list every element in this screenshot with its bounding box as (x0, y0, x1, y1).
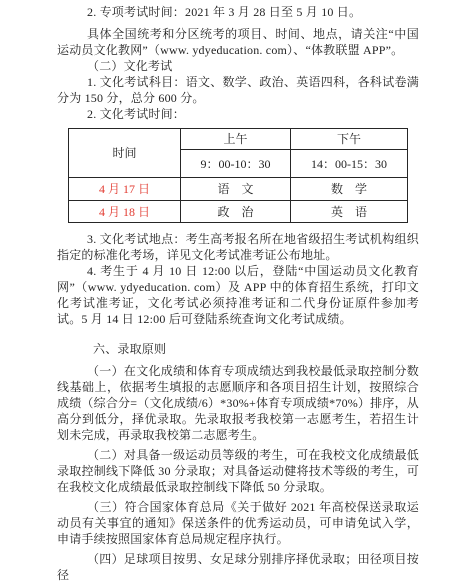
subject-day2-morning: 政 治 (181, 201, 291, 223)
paragraph-admission-ticket: 4. 考生于 4 月 10 日 12:00 以后，登陆“中国运动员文化教育网”（… (57, 263, 419, 327)
paragraph-admission-rule-3: （三）符合国家体育总局《关于做好 2021 年高校保送录取运动员有关事宜的通知》… (57, 499, 419, 547)
paragraph-admission-rule-1: （一）在文化成绩和体育专项成绩达到我校最低录取控制分数线基础上，依据考生填报的志… (57, 363, 419, 443)
paragraph-admission-rule-4: （四）足球项目按男、女足球分别排序择优录取；田径项目按径 (57, 551, 419, 583)
section-heading-admission-rules: 六、录取原则 (57, 341, 419, 357)
table-header-time: 时间 (69, 129, 181, 178)
paragraph-admission-rule-2: （二）对具备一级运动员等级的考生，可在我校文化成绩最低录取控制线下降低 30 分… (57, 447, 419, 495)
paragraph-unified-exam-info: 具体全国统考和分区统考的项目、时间、地点，请关注“中国运动员文化教网”（www.… (57, 26, 419, 58)
table-row-day1: 4 月 17 日 语 文 数 学 (69, 178, 408, 201)
document-page: 2. 专项考试时间：2021 年 3 月 28 日至 5 月 10 日。 具体全… (0, 0, 469, 584)
paragraph-exam-location: 3. 文化考试地点：考生高考报名所在地省级招生考试机构组织指定的标准化考场，详见… (57, 231, 419, 263)
subject-day2-afternoon: 英 语 (291, 201, 408, 223)
table-row-day2: 4 月 18 日 政 治 英 语 (69, 201, 408, 223)
paragraph-exam-subjects: 1. 文化考试科目：语文、数学、政治、英语四科，各科试卷满分为 150 分，总分… (57, 74, 419, 106)
table-cell-morning-time: 9：00-10：30 (181, 150, 291, 178)
table-header-morning: 上午 (181, 129, 291, 150)
subject-day1-morning: 语 文 (181, 178, 291, 201)
exam-date-day1: 4 月 17 日 (69, 178, 181, 201)
exam-schedule-table: 时间 上午 下午 9：00-10：30 14：00-15：30 4 月 17 日… (68, 128, 408, 223)
paragraph-exam-time-label: 2. 文化考试时间： (57, 106, 419, 122)
table-header-row-session: 时间 上午 下午 (69, 129, 408, 150)
paragraph-special-exam-time: 2. 专项考试时间：2021 年 3 月 28 日至 5 月 10 日。 (57, 4, 419, 20)
table-cell-afternoon-time: 14：00-15：30 (291, 150, 408, 178)
subject-day1-afternoon: 数 学 (291, 178, 408, 201)
subsection-heading-culture-exam: （二）文化考试 (57, 58, 419, 74)
exam-date-day2: 4 月 18 日 (69, 201, 181, 223)
table-header-afternoon: 下午 (291, 129, 408, 150)
